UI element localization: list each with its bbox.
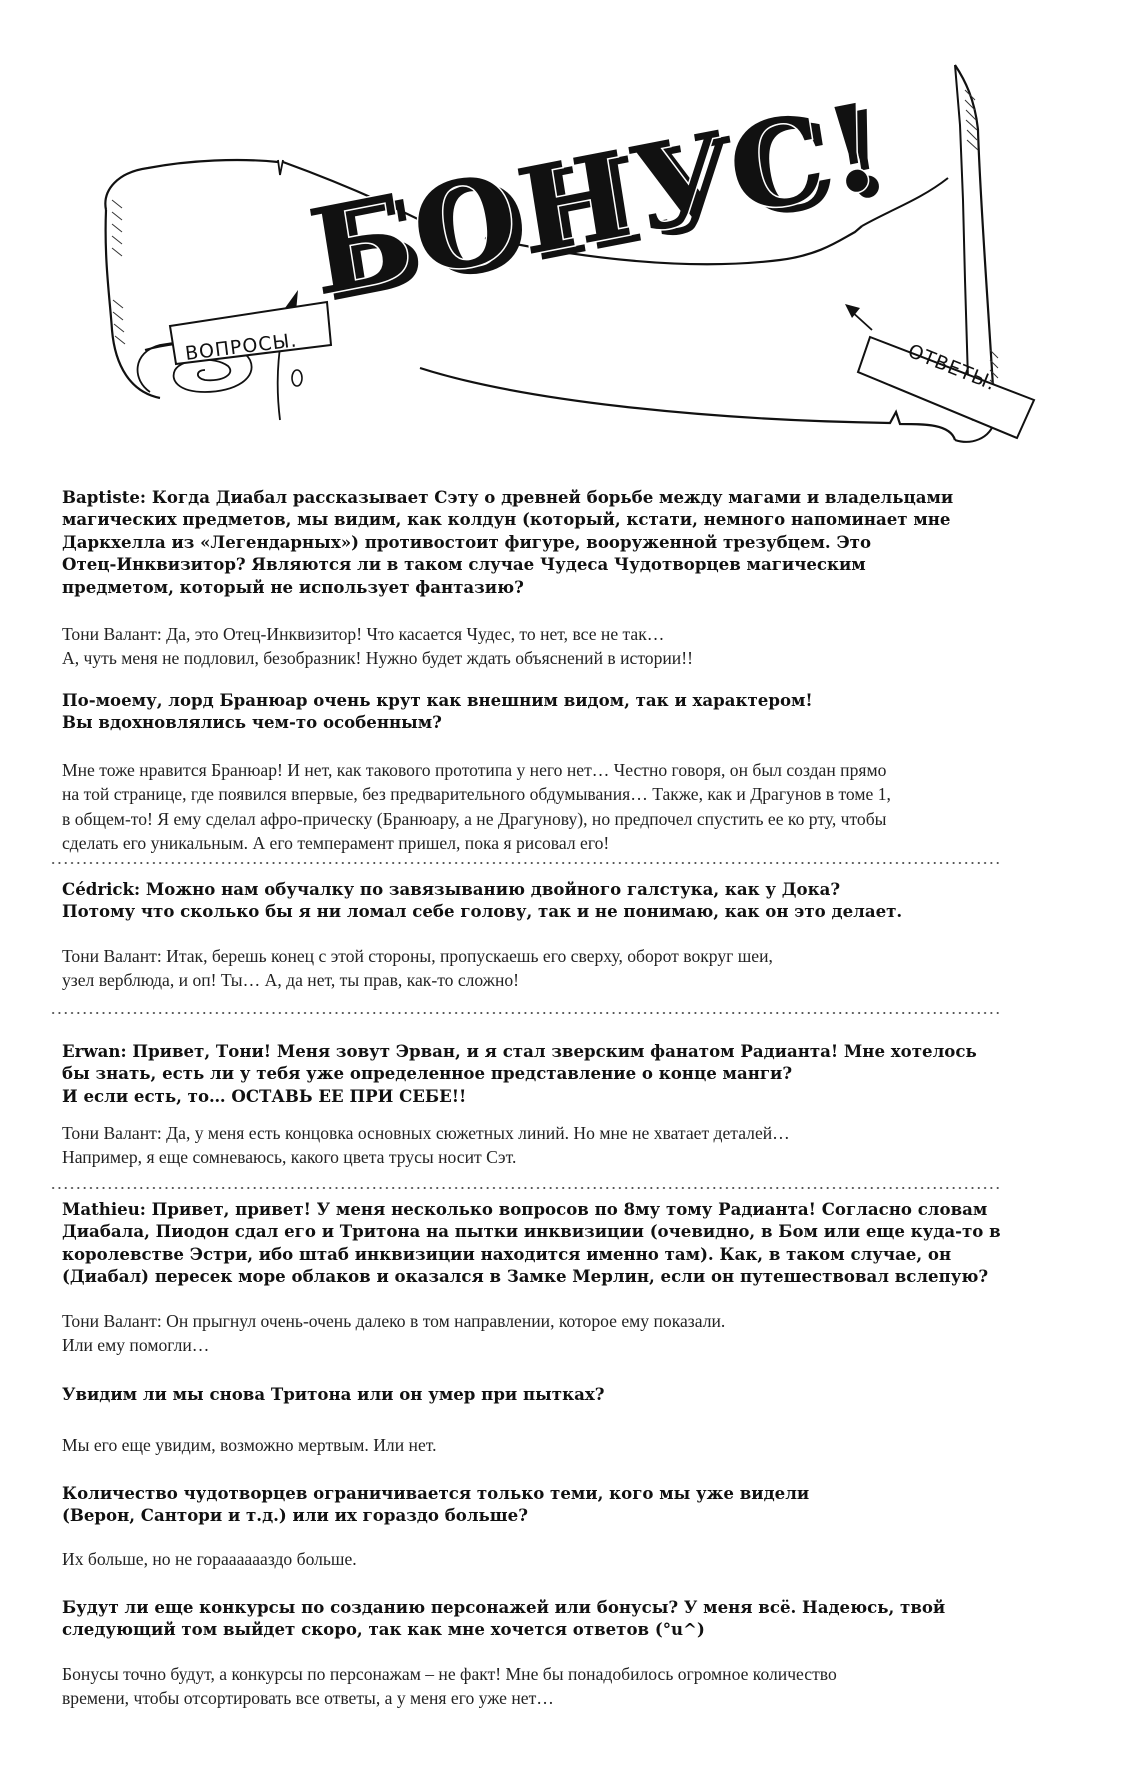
scroll-illustration: ВОПРОСЫ. ОТВЕТЫ. БОНУС! БОНУС! bbox=[0, 0, 1132, 460]
separator-dots bbox=[50, 1186, 1000, 1190]
answer-baptiste: Тони Валант: Да, это Отец-Инквизитор! Чт… bbox=[62, 622, 1102, 671]
bonus-banner: ВОПРОСЫ. ОТВЕТЫ. БОНУС! БОНУС! bbox=[0, 0, 1132, 460]
separator-dots bbox=[50, 1011, 1000, 1015]
answer-erwan: Тони Валант: Да, у меня есть концовка ос… bbox=[62, 1121, 1102, 1170]
answer-cedrick: Тони Валант: Итак, берешь конец с этой с… bbox=[62, 944, 1102, 993]
question-cedrick: Cédrick: Можно нам обучалку по завязыван… bbox=[62, 878, 1102, 923]
answer-branuar: Мне тоже нравится Бранюар! И нет, как та… bbox=[62, 758, 1102, 855]
question-erwan: Erwan: Привет, Тони! Меня зовут Эрван, и… bbox=[62, 1040, 1102, 1107]
answer-mathieu: Тони Валант: Он прыгнул очень-очень дале… bbox=[62, 1309, 1102, 1358]
question-miracle-workers: Количество чудотворцев ограничивается то… bbox=[62, 1482, 1102, 1527]
answer-triton: Мы его еще увидим, возможно мертвым. Или… bbox=[62, 1433, 1102, 1457]
question-mathieu: Mathieu: Привет, привет! У меня нескольк… bbox=[62, 1198, 1102, 1288]
separator-dots bbox=[50, 861, 1000, 865]
question-branuar: По-моему, лорд Бранюар очень крут как вн… bbox=[62, 689, 1102, 734]
question-triton: Увидим ли мы снова Тритона или он умер п… bbox=[62, 1383, 1102, 1405]
answer-contests: Бонусы точно будут, а конкурсы по персон… bbox=[62, 1662, 1102, 1711]
question-baptiste: Baptiste: Когда Диабал рассказывает Сэту… bbox=[62, 486, 1102, 598]
answer-miracle-workers: Их больше, но не горааааааздо больше. bbox=[62, 1547, 1102, 1571]
question-contests: Будут ли еще конкурсы по созданию персон… bbox=[62, 1596, 1102, 1641]
